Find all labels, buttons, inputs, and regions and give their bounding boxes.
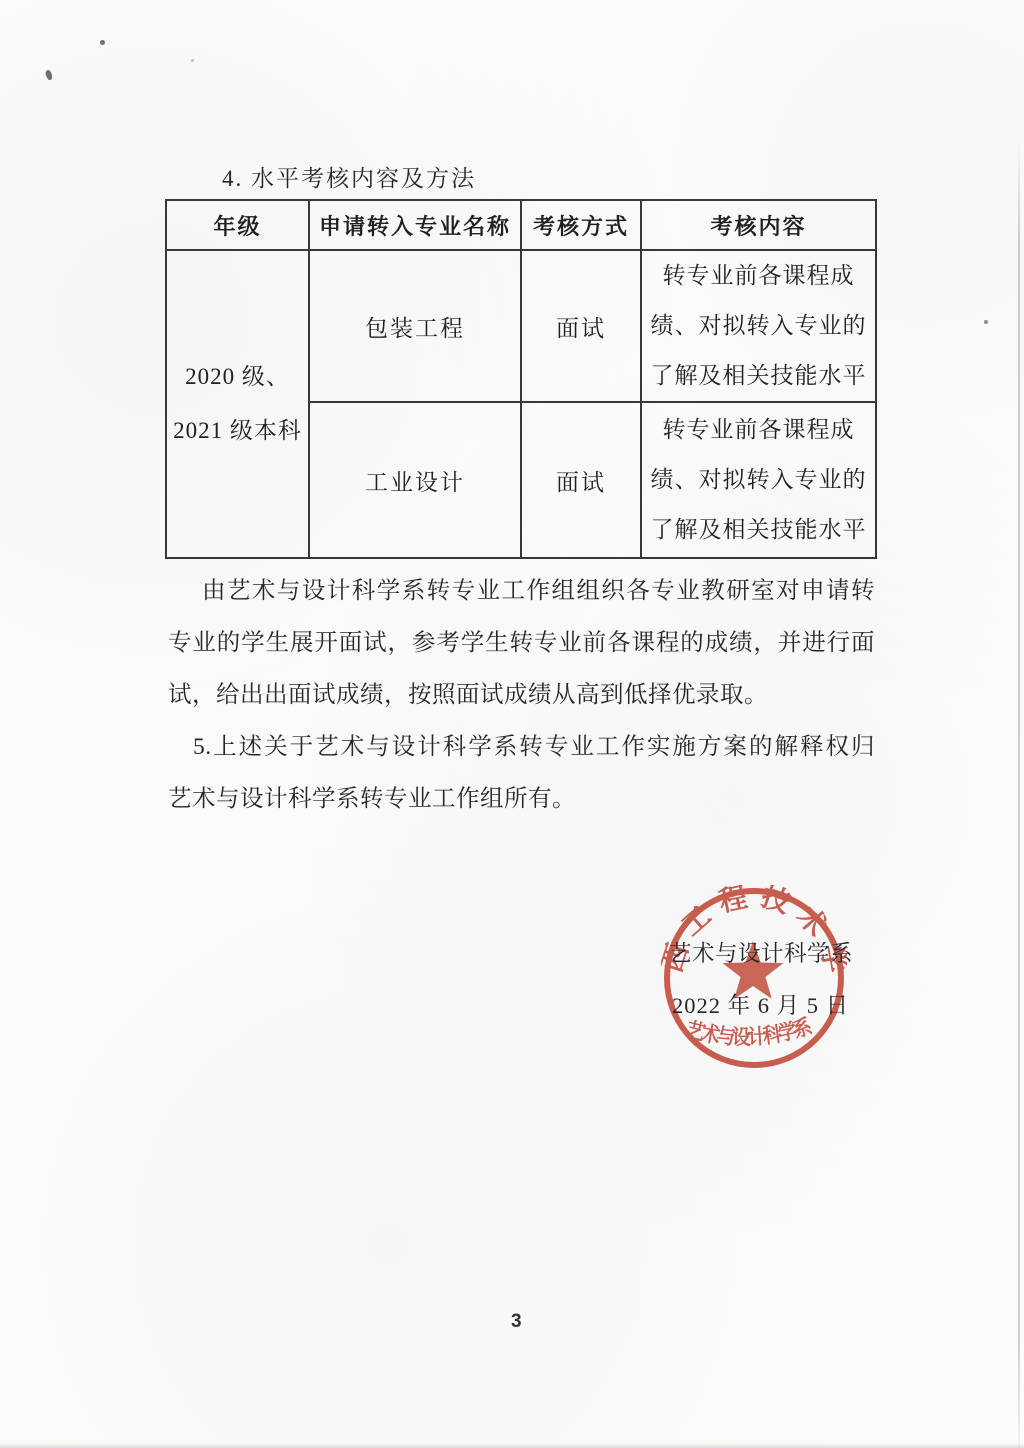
page-number: 3 [511,1311,522,1333]
content-line: 转专业前各课程成 [642,405,875,455]
grade-cell: 2020 级、 2021 级本科 [166,250,309,558]
content-cell: 转专业前各课程成 绩、对拟转入专业的 了解及相关技能水平 [641,250,876,402]
col-header-grade: 年级 [166,200,309,250]
col-header-major: 申请转入专业名称 [309,200,521,250]
content-line: 了解及相关技能水平 [642,351,875,401]
stamp-graphic: 西工程技术学 艺术与设计科学系 [661,885,847,1071]
scan-edge-shadow-bottom [0,1443,1024,1448]
content-line: 绩、对拟转入专业的 [642,455,875,505]
paragraph-line: 由艺术与设计科学系转专业工作组组织各专业教研室对申请转 [168,565,875,617]
content-line: 了解及相关技能水平 [642,505,875,555]
paragraph-line: 艺术与设计科学系转专业工作组所有。 [168,773,875,825]
table-row: 2020 级、 2021 级本科 包装工程 面试 转专业前各课程成 绩、对拟转入… [166,250,876,402]
major-cell: 包装工程 [309,250,521,402]
body-text: 由艺术与设计科学系转专业工作组组织各专业教研室对申请转 专业的学生展开面试，参考… [168,565,875,825]
col-header-content: 考核内容 [641,200,876,250]
content-line: 绩、对拟转入专业的 [642,301,875,351]
method-cell: 面试 [521,402,641,558]
major-cell: 工业设计 [309,402,521,558]
department-seal-stamp: 西工程技术学 艺术与设计科学系 [661,885,847,1071]
scan-speck [191,59,194,62]
grade-line: 2021 级本科 [167,404,308,458]
assessment-table: 年级 申请转入专业名称 考核方式 考核内容 2020 级、 2021 级本科 包… [165,199,877,559]
scanned-document-page: 4. 水平考核内容及方法 年级 申请转入专业名称 考核方式 考核内容 2020 … [0,0,1024,1448]
grade-line: 2020 级、 [167,350,308,404]
scan-speck [100,40,105,45]
paragraph-line: 试，给出出面试成绩，按照面试成绩从高到低择优录取。 [168,669,875,721]
signature-date: 2022 年 6 月 5 日 [672,988,849,1020]
content-cell: 转专业前各课程成 绩、对拟转入专业的 了解及相关技能水平 [641,402,876,558]
content-line: 转专业前各课程成 [642,251,875,301]
col-header-method: 考核方式 [521,200,641,250]
paragraph-line: 5.上述关于艺术与设计科学系转专业工作实施方案的解释权归 [168,721,875,773]
table-header-row: 年级 申请转入专业名称 考核方式 考核内容 [166,200,876,250]
section-heading: 4. 水平考核内容及方法 [168,160,884,193]
method-cell: 面试 [521,250,641,402]
signature-department: 艺术与设计科学系 [669,936,853,968]
paragraph-line: 专业的学生展开面试，参考学生转专业前各课程的成绩，并进行面 [168,617,875,669]
scan-edge-shadow-right [1018,140,1020,1448]
scan-speck [44,69,54,81]
scan-speck [984,320,988,324]
